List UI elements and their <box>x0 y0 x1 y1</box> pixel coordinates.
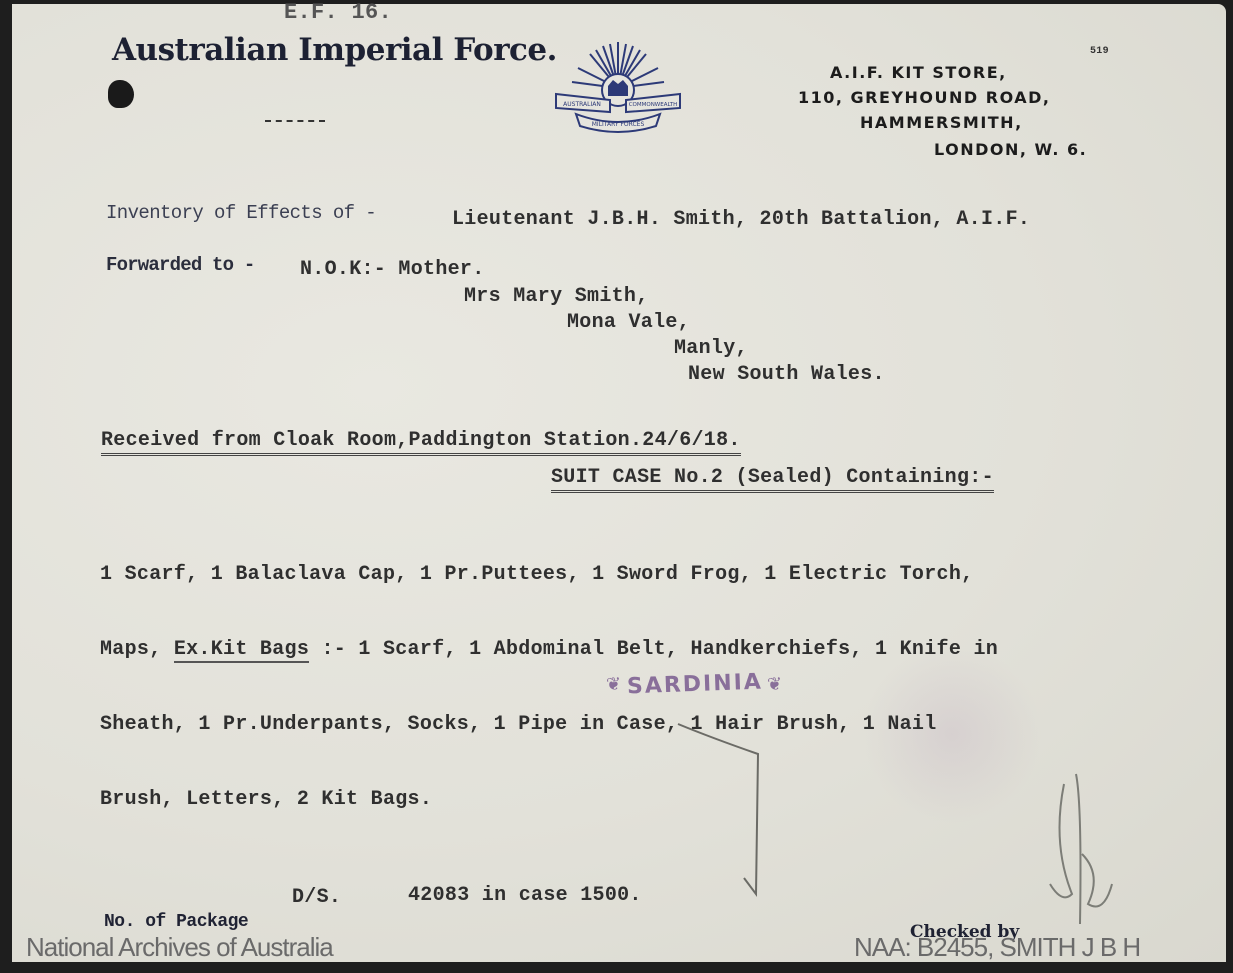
address-suburb: Mona Vale, <box>567 311 690 334</box>
rising-sun-badge-icon: AUSTRALIAN COMMONWEALTH MILITARY FORCES <box>548 38 688 134</box>
pencil-tick-mark-icon <box>672 704 792 904</box>
case-reference: 42083 in case 1500. <box>408 884 642 907</box>
stamp-text: SARDINIA <box>627 670 764 700</box>
address-town: Manly, <box>674 337 748 360</box>
ds-label: D/S. <box>292 886 341 909</box>
forwarded-label: Forwarded to - <box>106 254 254 276</box>
organisation-title: Australian Imperial Force. <box>112 32 557 68</box>
initials-signature-icon <box>1042 764 1122 934</box>
watermark-left: National Archives of Australia <box>26 932 333 963</box>
divider-dash <box>265 120 325 122</box>
form-code: E.F. 16. <box>284 0 392 25</box>
document-page: E.F. 16. Australian Imperial Force. AUST… <box>12 4 1226 962</box>
received-line: Received from Cloak Room,Paddington Stat… <box>101 429 741 456</box>
svg-text:MILITARY FORCES: MILITARY FORCES <box>592 121 645 128</box>
address-line-2: 110, GREYHOUND ROAD, <box>798 88 1050 107</box>
punch-hole <box>108 80 134 108</box>
address-line-1: A.I.F. KIT STORE, <box>830 63 1007 82</box>
watermark-right: NAA: B2455, SMITH J B H <box>854 932 1140 963</box>
reference-number: 519 <box>1090 46 1109 57</box>
no-of-package-label: No. of Package <box>104 912 248 932</box>
contents-line-1: 1 Scarf, 1 Balaclava Cap, 1 Pr.Puttees, … <box>100 562 998 587</box>
inventory-label: Inventory of Effects of - <box>106 202 376 224</box>
stamp-ornament-right-icon: ❦ <box>767 674 785 696</box>
inventory-subject: Lieutenant J.B.H. Smith, 20th Battalion,… <box>452 208 1030 231</box>
svg-text:COMMONWEALTH: COMMONWEALTH <box>629 102 678 108</box>
address-line-4: LONDON, W. 6. <box>934 140 1087 159</box>
address-state: New South Wales. <box>688 363 885 386</box>
nok-line: N.O.K:- Mother. <box>300 258 485 281</box>
contents-line-3: Sheath, 1 Pr.Underpants, Socks, 1 Pipe i… <box>100 712 998 737</box>
address-name: Mrs Mary Smith, <box>464 285 649 308</box>
address-line-3: HAMMERSMITH, <box>860 113 1023 132</box>
stamp-ornament-left-icon: ❦ <box>606 674 624 696</box>
contents-line-2: Maps, Ex.Kit Bags :- 1 Scarf, 1 Abdomina… <box>100 637 998 662</box>
contents-block: 1 Scarf, 1 Balaclava Cap, 1 Pr.Puttees, … <box>100 512 998 862</box>
underlined-ex-kit-bags: Ex.Kit Bags <box>174 638 309 663</box>
contents-line-4: Brush, Letters, 2 Kit Bags. <box>100 787 998 812</box>
sardinia-stamp: ❦ SARDINIA ❦ <box>606 672 784 697</box>
container-line: SUIT CASE No.2 (Sealed) Containing:- <box>551 466 994 493</box>
svg-text:AUSTRALIAN: AUSTRALIAN <box>563 101 601 108</box>
